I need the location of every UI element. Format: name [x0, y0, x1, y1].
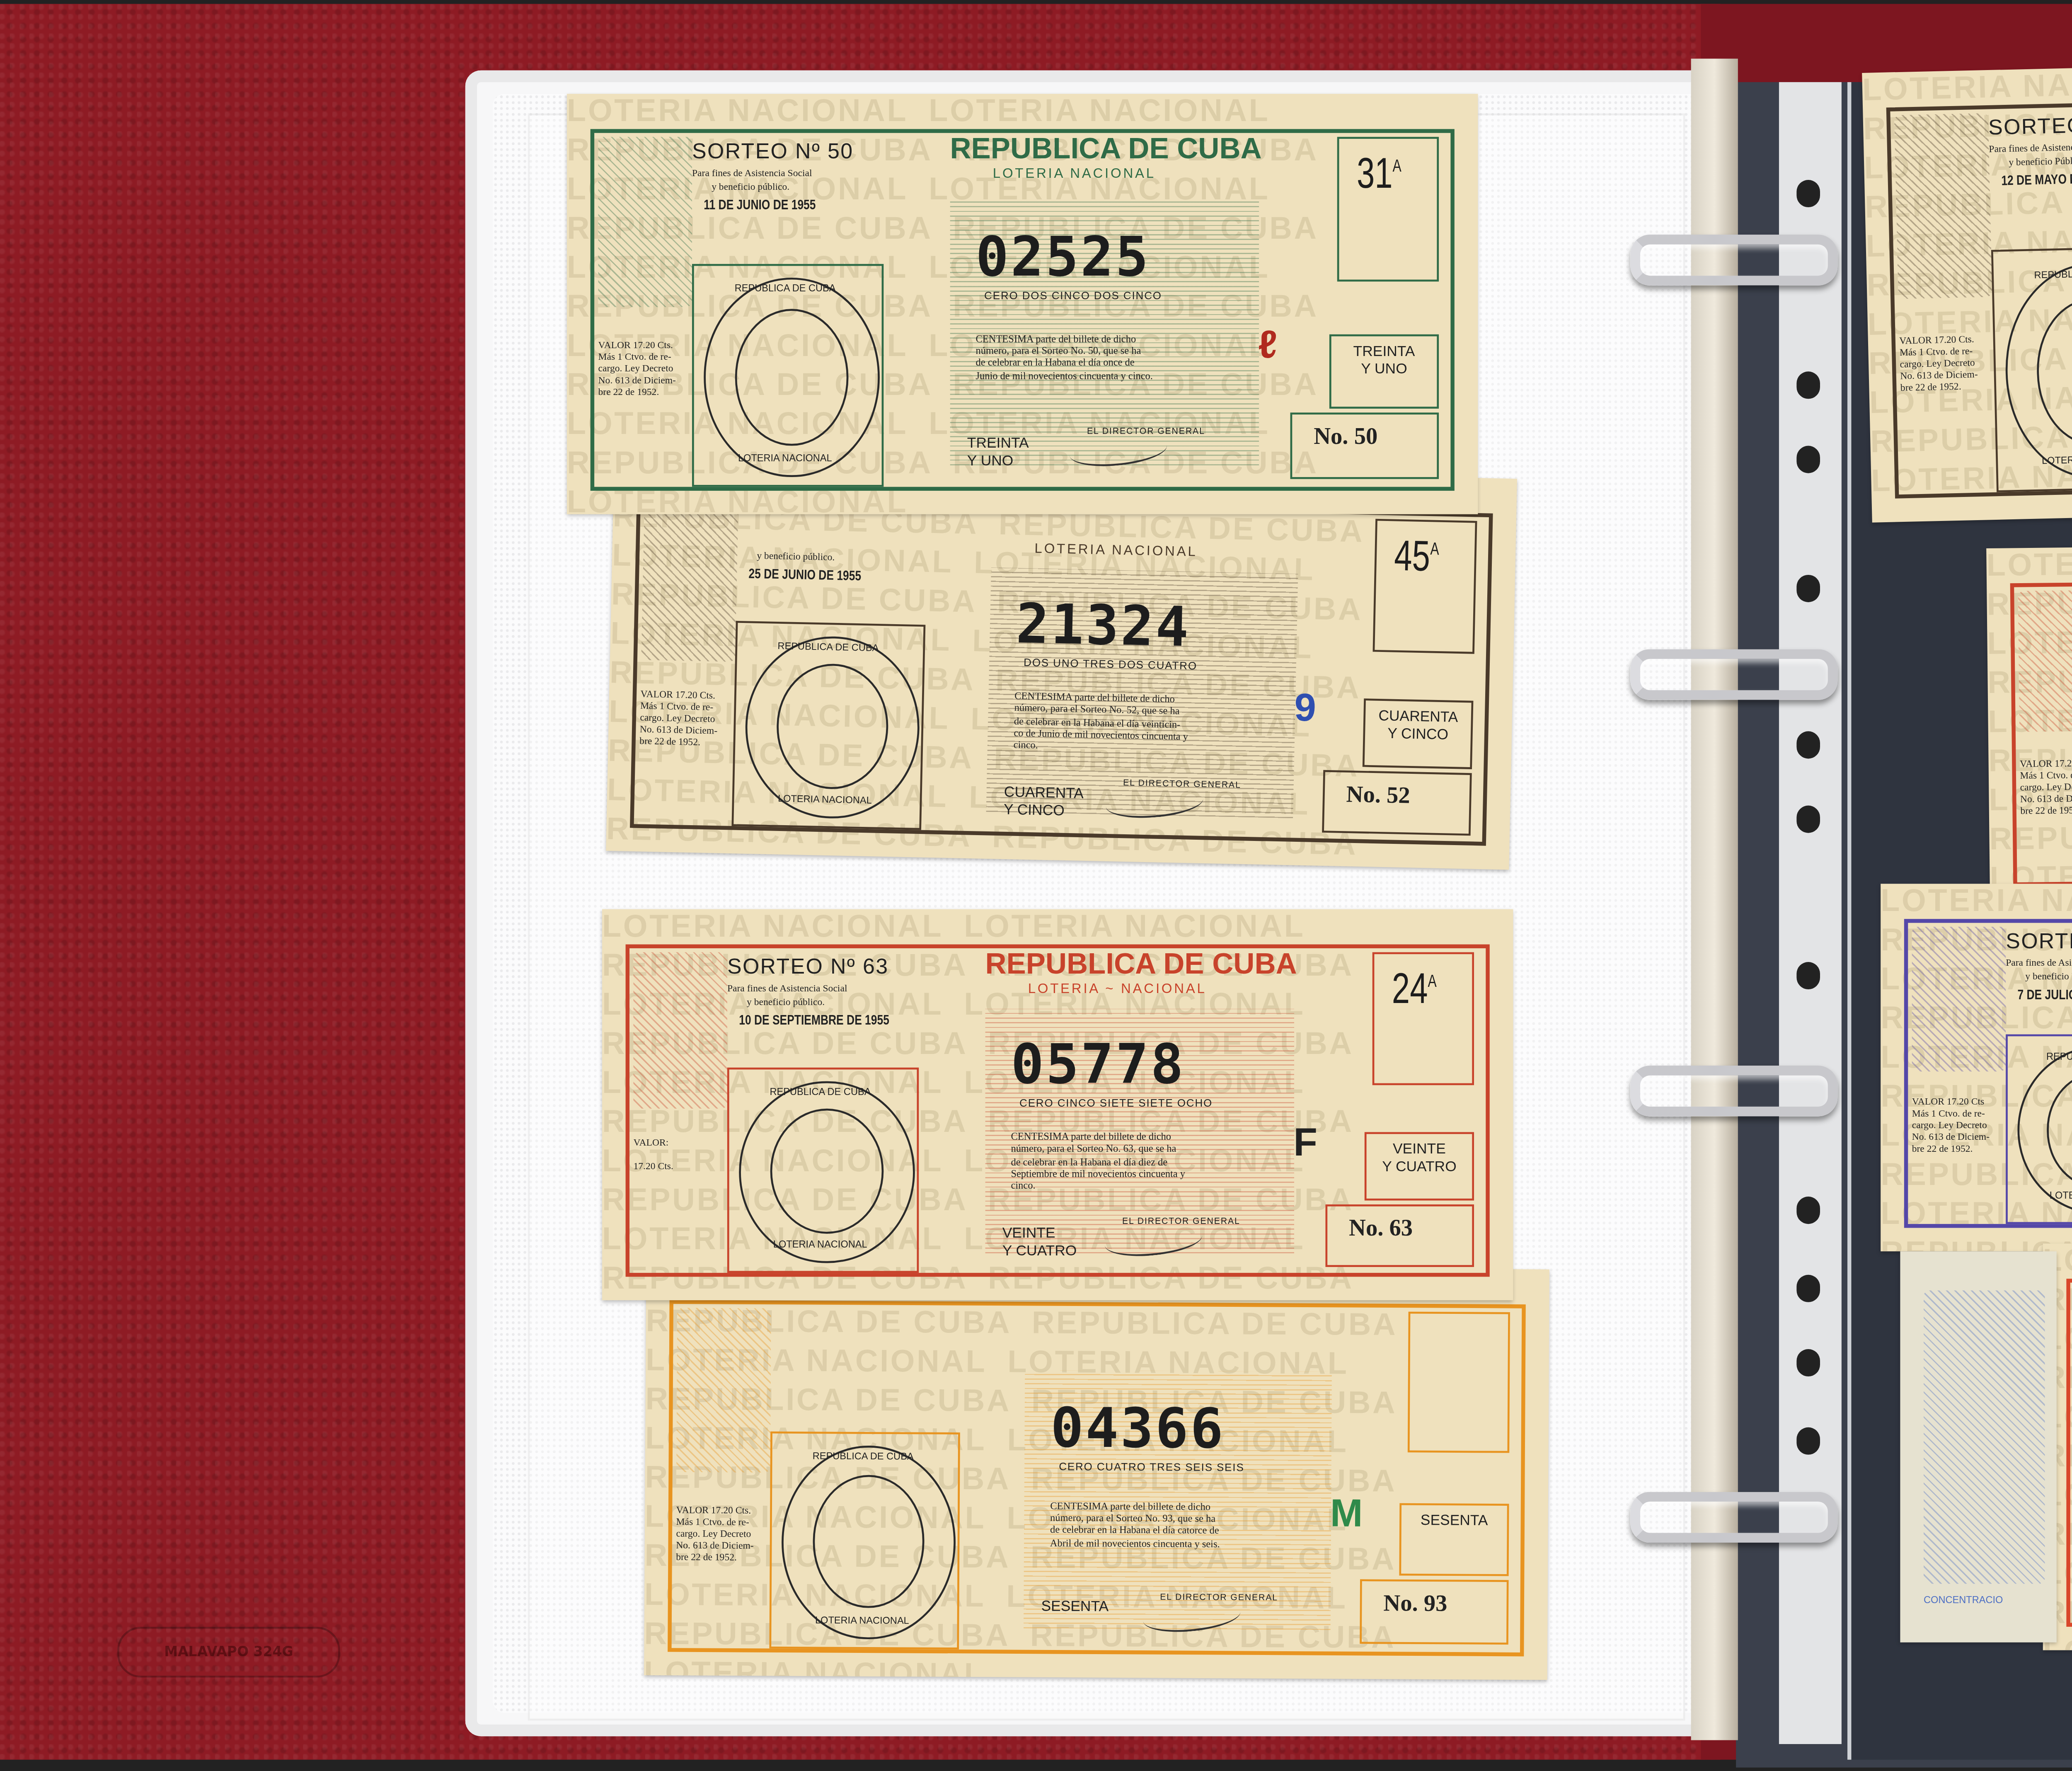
ticket-illustration — [633, 952, 727, 1108]
serie-words-bottom: SESENTA — [1041, 1598, 1127, 1616]
punch-hole — [1796, 575, 1820, 602]
seal-text-bottom: LOTERIA NACIONAL — [2042, 454, 2072, 468]
purpose-line: Para fines de Asistencia Social — [727, 986, 847, 997]
seal-stamp-inner — [770, 1109, 884, 1234]
sorteo-no-label: No. 52 — [1346, 780, 1411, 810]
ticket-number: 21324 — [1015, 591, 1191, 659]
draw-date: 25 DE JUNIO DE 1955 — [748, 568, 861, 584]
ticket-body-text: CENTESIMA parte del billete de dicho núm… — [1013, 692, 1327, 759]
valor-text: VALOR 17.20 Cts. Más 1 Ctvo. de re- carg… — [598, 342, 676, 400]
ticket-body-text: CENTESIMA parte del billete de dicho núm… — [1050, 1502, 1363, 1552]
purpose-line: y beneficio público. — [757, 553, 835, 566]
ticket-illustration — [641, 504, 738, 661]
punch-hole — [1796, 731, 1820, 758]
lottery-ticket[interactable]: LOTERIA NACIONAL LOTERIA NACIONAL REPUBL… — [1862, 52, 2072, 522]
sorteo-label: SORTEO Nº 63 — [727, 956, 888, 980]
punch-hole — [1796, 371, 1820, 399]
number-in-words: CERO CINCO SIETE SIETE OCHO — [1019, 1098, 1213, 1110]
ticket-subheader: LOTERIA ~ NACIONAL — [1028, 984, 1207, 997]
serie-superscript: A — [1430, 539, 1439, 559]
punch-hole — [1796, 806, 1820, 833]
handwritten-mark: ℓ — [1258, 324, 1277, 369]
sorteo-no-label: No. 63 — [1349, 1214, 1413, 1243]
purpose-line: y beneficio Público. — [2009, 158, 2072, 172]
valor-text: VALOR 17.20 Cts Más 1 Ctvo. de re- cargo… — [1912, 1100, 1990, 1158]
lottery-ticket[interactable]: LOTERIA NACIONAL LOTERIA NACIONAL REPUBL… — [606, 460, 1517, 870]
seal-text-top: REPUBLICA DE CUBA — [2034, 269, 2072, 283]
serie-value: 45 — [1394, 531, 1431, 581]
serie-value: 24 — [1392, 964, 1428, 1013]
ticket-number: 05778 — [1011, 1032, 1185, 1097]
serie-words-bottom: CUARENTA Y CINCO — [1004, 783, 1090, 819]
ticket-illustration — [676, 1308, 771, 1473]
seal-text-bottom: LOTERIA NACIONAL — [815, 1615, 909, 1627]
binder-ring[interactable] — [1630, 1492, 1837, 1543]
seal-text-bottom: LOTERIA NACIONAL — [778, 794, 872, 807]
draw-date: 7 DE JULIO DE 1956 — [2017, 989, 2072, 1003]
draw-date: 10 DE SEPTIEMBRE DE 1955 — [739, 1015, 889, 1028]
ticket-number: 04366 — [1051, 1395, 1225, 1460]
lottery-ticket[interactable]: LOTERIA NACIONAL LOTERIA NACIONAL REPUBL… — [602, 909, 1513, 1301]
ticket-header: REPUBLICA DE CUBA — [985, 948, 1297, 981]
ticket-header: REPUBLICA DE CUBA — [950, 133, 1261, 166]
serie-box — [1408, 1312, 1510, 1454]
handwritten-mark: F — [1293, 1123, 1317, 1168]
sorteo-label: SORTEO Nº 50 — [692, 141, 853, 165]
seal-text-top: REPUBLICA DE CUBA — [813, 1451, 914, 1463]
lottery-ticket[interactable]: LOTERIA NACIONAL LOTERIA NACIONAL REPUBL… — [1986, 539, 2072, 910]
valor-text: VALOR: 17.20 Cts. — [633, 1139, 673, 1174]
serie-number: 45A — [1394, 531, 1439, 583]
draw-date: 12 DE MAYO DE 1956 — [2001, 173, 2072, 189]
seal-text-top: REPUBLICA DE CUBA — [777, 641, 879, 654]
punch-hole — [1796, 962, 1820, 989]
cover-logo: MALAVAPO 324G — [117, 1627, 340, 1678]
seal-text-top: REPUBLICA DE CUBA — [735, 283, 836, 295]
seal-text-top: REPUBLICA DE CUBA — [770, 1087, 871, 1098]
ticket-subheader: LOTERIA NACIONAL — [993, 168, 1156, 182]
ticket-illustration — [2018, 590, 2072, 733]
seal-stamp-inner — [735, 309, 848, 445]
ticket-number: 02525 — [975, 225, 1150, 289]
ticket-body-text: CENTESIMA parte del billete de dicho núm… — [975, 334, 1288, 383]
handwritten-mark: M — [1330, 1492, 1363, 1538]
lottery-ticket[interactable]: LOTERIA NACIONAL LOTERIA NACIONAL REPUBL… — [644, 1265, 1549, 1680]
purpose-line: Para fines de Asistencia Social — [692, 170, 812, 182]
serie-words: TREINTA Y UNO — [1333, 342, 1435, 377]
binder-ring[interactable] — [1630, 1066, 1837, 1117]
punch-hole — [1796, 1275, 1820, 1302]
punch-hole — [1796, 1427, 1820, 1455]
illustration — [1924, 1291, 2045, 1584]
partial-text: CONCENTRACIO — [1924, 1595, 2003, 1607]
ticket-illustration — [1894, 113, 1992, 299]
serie-number: 31A — [1357, 149, 1402, 200]
serie-words: VEINTE Y CUATRO — [1368, 1139, 1470, 1174]
handwritten-mark: 9 — [1294, 688, 1317, 734]
punch-hole — [1796, 446, 1820, 473]
serie-number: 24A — [1392, 964, 1437, 1015]
seal-text-bottom: LOTERIA NACIONAL — [773, 1240, 867, 1251]
lottery-ticket[interactable]: LOTERIA NACIONAL LOTERIA NACIONAL REPUBL… — [1881, 884, 2072, 1251]
valor-text: VALOR 17.20 Cts. Más 1 Ctvo. de re- carg… — [1899, 335, 1978, 396]
sorteo-label: SORTEO Nº 105 — [2006, 931, 2072, 955]
seal-text-bottom: LOTERIA NACIONAL — [738, 453, 832, 464]
serie-words: SESENTA — [1403, 1510, 1505, 1529]
serie-value: 31 — [1357, 149, 1393, 198]
purpose-line: y beneficio Público. — [2025, 974, 2072, 985]
punch-hole — [1796, 1197, 1820, 1224]
purpose-line: y beneficio público. — [712, 184, 789, 195]
seal-text-top: REPUBLICA DE CUBA — [2046, 1051, 2072, 1063]
binder-spine — [1691, 59, 1738, 1740]
lottery-ticket[interactable]: LOTERIA NACIONAL LOTERIA NACIONAL REPUBL… — [567, 94, 1478, 514]
punch-hole — [1796, 1349, 1820, 1376]
ticket-body-text: CENTESIMA parte del billete de dicho núm… — [1011, 1133, 1324, 1193]
serie-superscript: A — [1393, 156, 1402, 175]
ticket-illustration — [598, 137, 692, 307]
serie-words-bottom: TREINTA Y UNO — [967, 434, 1053, 469]
ticket-illustration — [1912, 927, 2006, 1071]
partial-ticket-blue: CONCENTRACIO — [1900, 1251, 2056, 1643]
seal-text-bottom: LOTERIA NACIONAL — [2050, 1192, 2072, 1203]
binder-ring[interactable] — [1630, 649, 1837, 700]
album-photo: MALAVAPO 324G LOTERIA NACIONAL LOTERIA N… — [0, 0, 2072, 1771]
sorteo-label: SORTEO Nº 97 — [1988, 113, 2072, 140]
number-in-words: CERO DOS CINCO DOS CINCO — [984, 291, 1162, 303]
purpose-line: y beneficio público. — [747, 999, 825, 1011]
serie-superscript: A — [1428, 971, 1436, 991]
ticket-border — [2066, 1279, 2072, 1627]
punch-hole — [1796, 180, 1820, 207]
number-in-words: CERO CUATRO TRES SEIS SEIS — [1059, 1461, 1244, 1474]
draw-date: 11 DE JUNIO DE 1955 — [704, 199, 816, 213]
serie-words-bottom: VEINTE Y CUATRO — [1002, 1223, 1089, 1259]
purpose-line: Para fines de Asistencia Social — [1989, 143, 2072, 158]
binder-ring[interactable] — [1630, 235, 1837, 286]
valor-text: VALOR 17.20 Cts. Más 1 Ctvo. de re- carg… — [639, 690, 718, 751]
sorteo-no-label: No. 50 — [1314, 423, 1377, 452]
valor-text: VALOR 17.20 Cts. Más 1 Ctvo. de re- carg… — [2020, 760, 2072, 819]
serie-words: CUARENTA Y CINCO — [1367, 705, 1469, 743]
sorteo-no-label: No. 93 — [1383, 1589, 1447, 1619]
purpose-line: Para fines de Asistencia Social — [2006, 960, 2072, 972]
valor-text: VALOR 17.20 Cts. Más 1 Ctvo. de re- carg… — [676, 1507, 754, 1566]
